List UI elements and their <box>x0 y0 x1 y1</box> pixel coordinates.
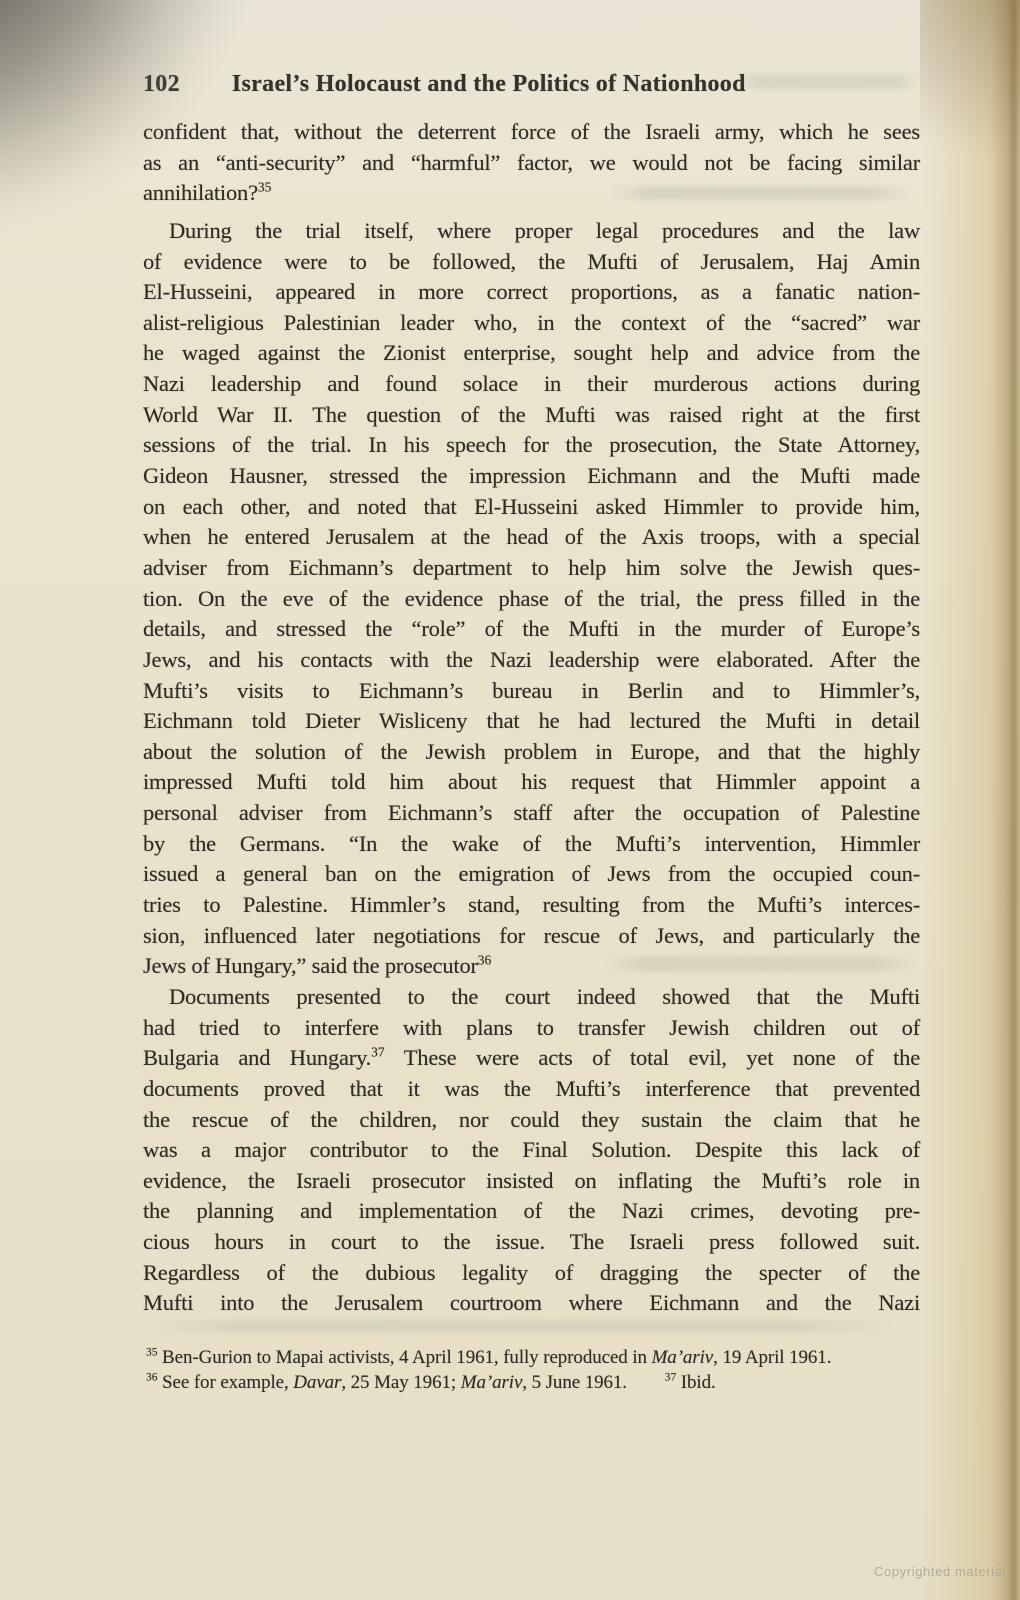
text-line: the planning and implementation of the N… <box>143 1196 920 1227</box>
text-line: documents proved that it was the Mufti’s… <box>143 1074 920 1105</box>
text-line: about the solution of the Jewish problem… <box>143 737 920 768</box>
bleed-through-smudge <box>150 1320 895 1333</box>
text-line: issued a general ban on the emigration o… <box>143 859 920 890</box>
text-line: World War II. The question of the Mufti … <box>143 400 920 431</box>
copyright-watermark: Copyrighted material <box>874 1564 1006 1579</box>
running-title: Israel’s Holocaust and the Politics of N… <box>232 71 746 97</box>
text-line: when he entered Jerusalem at the head of… <box>143 522 920 553</box>
running-header: 102Israel’s Holocaust and the Politics o… <box>143 70 920 98</box>
text-line: was a major contributor to the Final Sol… <box>143 1135 920 1166</box>
page-number: 102 <box>143 71 180 97</box>
paragraph: Documents presented to the court indeed … <box>143 982 920 1319</box>
text-line: tion. On the eve of the evidence phase o… <box>143 584 920 615</box>
text-line: the rescue of the children, nor could th… <box>143 1105 920 1136</box>
text-line: El-Husseini, appeared in more correct pr… <box>143 277 920 308</box>
text-line: During the trial itself, where proper le… <box>143 216 920 247</box>
book-page-scan: 102Israel’s Holocaust and the Politics o… <box>0 0 1020 1600</box>
text-line: Mufti’s visits to Eichmann’s bureau in B… <box>143 676 920 707</box>
text-line: Bulgaria and Hungary.37 These were acts … <box>143 1043 920 1074</box>
text-line: had tried to interfere with plans to tra… <box>143 1013 920 1044</box>
text-line: Mufti into the Jerusalem courtroom where… <box>143 1288 920 1319</box>
footnote-line: 36 See for example, Davar, 25 May 1961; … <box>146 1370 930 1395</box>
footnotes: 35 Ben-Gurion to Mapai activists, 4 Apri… <box>146 1345 930 1395</box>
text-line: he waged against the Zionist enterprise,… <box>143 338 920 369</box>
text-line: cious hours in court to the issue. The I… <box>143 1227 920 1258</box>
text-line: annihilation?35 <box>143 178 920 209</box>
text-line: Gideon Hausner, stressed the impression … <box>143 461 920 492</box>
text-line: Nazi leadership and found solace in thei… <box>143 369 920 400</box>
text-line: tries to Palestine. Himmler’s stand, res… <box>143 890 920 921</box>
text-line: sessions of the trial. In his speech for… <box>143 430 920 461</box>
text-line: by the Germans. “In the wake of the Muft… <box>143 829 920 860</box>
page-right-edge <box>920 0 1020 1600</box>
text-line: sion, influenced later negotiations for … <box>143 921 920 952</box>
text-line: as an “anti-security” and “harmful” fact… <box>143 148 920 179</box>
text-line: of evidence were to be followed, the Muf… <box>143 247 920 278</box>
text-line: Regardless of the dubious legality of dr… <box>143 1258 920 1289</box>
text-line: on each other, and noted that El-Hussein… <box>143 492 920 523</box>
text-line: Jews, and his contacts with the Nazi lea… <box>143 645 920 676</box>
text-line: confident that, without the deterrent fo… <box>143 117 920 148</box>
text-line: Eichmann told Dieter Wisliceny that he h… <box>143 706 920 737</box>
text-line: evidence, the Israeli prosecutor insiste… <box>143 1166 920 1197</box>
text-line: details, and stressed the “role” of the … <box>143 614 920 645</box>
paragraph: confident that, without the deterrent fo… <box>143 117 920 209</box>
text-line: Jews of Hungary,” said the prosecutor36 <box>143 951 920 982</box>
body-text: confident that, without the deterrent fo… <box>143 117 920 1319</box>
text-line: personal adviser from Eichmann’s staff a… <box>143 798 920 829</box>
footnote-line: 35 Ben-Gurion to Mapai activists, 4 Apri… <box>146 1345 930 1370</box>
text-line: impressed Mufti told him about his reque… <box>143 767 920 798</box>
text-line: Documents presented to the court indeed … <box>143 982 920 1013</box>
text-line: alist-religious Palestinian leader who, … <box>143 308 920 339</box>
paragraph: During the trial itself, where proper le… <box>143 216 920 982</box>
text-line: adviser from Eichmann’s department to he… <box>143 553 920 584</box>
